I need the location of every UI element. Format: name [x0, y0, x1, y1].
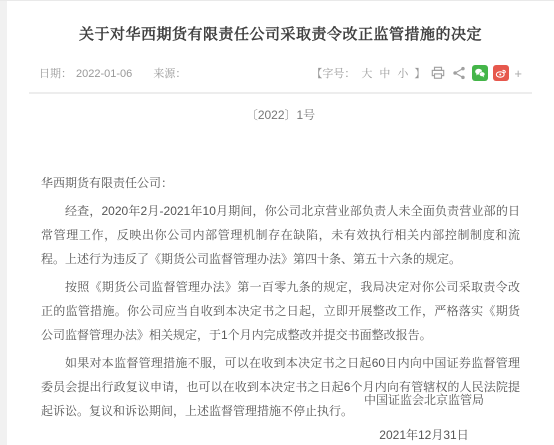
paragraph-1: 经查，2020年2月-2021年10月期间，你公司北京营业部负责人未全面负责营业… [41, 199, 520, 271]
font-size-small[interactable]: 小 [397, 65, 408, 81]
doc-number: 〔2022〕1号 [25, 106, 536, 123]
font-size-open-bracket: 【字号： [311, 65, 355, 81]
weibo-icon[interactable] [493, 65, 509, 81]
document-content: 关于对华西期货有限责任公司采取责令改正监管措施的决定 日期：2022-01-06… [7, 1, 554, 445]
meta-row: 日期：2022-01-06 来源： 【字号： 大 中 小 】 [25, 65, 536, 81]
wechat-icon[interactable] [472, 65, 488, 81]
document-page: 关于对华西期货有限责任公司采取责令改正监管措施的决定 日期：2022-01-06… [0, 0, 554, 445]
meta-left: 日期：2022-01-06 来源： [39, 65, 190, 81]
font-size-close-bracket: 】 [414, 65, 425, 81]
printer-icon[interactable] [430, 65, 446, 81]
share-icon[interactable] [451, 65, 467, 81]
meta-right: 【字号： 大 中 小 】 [311, 65, 522, 81]
signature-block: 中国证监会北京监管局 2021年12月31日 [324, 391, 524, 443]
doc-body: 华西期货有限责任公司： 经查，2020年2月-2021年10月期间，你公司北京营… [25, 171, 536, 423]
header-divider [29, 92, 532, 94]
signature-date: 2021年12月31日 [324, 426, 524, 443]
paragraph-2: 按照《期货公司监督管理办法》第一百零九条的规定，我局决定对你公司采取责令改正的监… [41, 275, 520, 347]
signature-org: 中国证监会北京监管局 [324, 391, 524, 408]
more-share-plus-icon[interactable]: + [514, 67, 522, 80]
font-size-large[interactable]: 大 [361, 65, 372, 81]
page-title: 关于对华西期货有限责任公司采取责令改正监管措施的决定 [25, 1, 536, 44]
page-left-edge [0, 1, 7, 445]
date-value: 2022-01-06 [76, 68, 132, 80]
salutation: 华西期货有限责任公司： [41, 171, 520, 195]
font-size-medium[interactable]: 中 [379, 65, 390, 81]
source-label: 来源： [153, 68, 186, 80]
date-label: 日期： [39, 68, 72, 80]
